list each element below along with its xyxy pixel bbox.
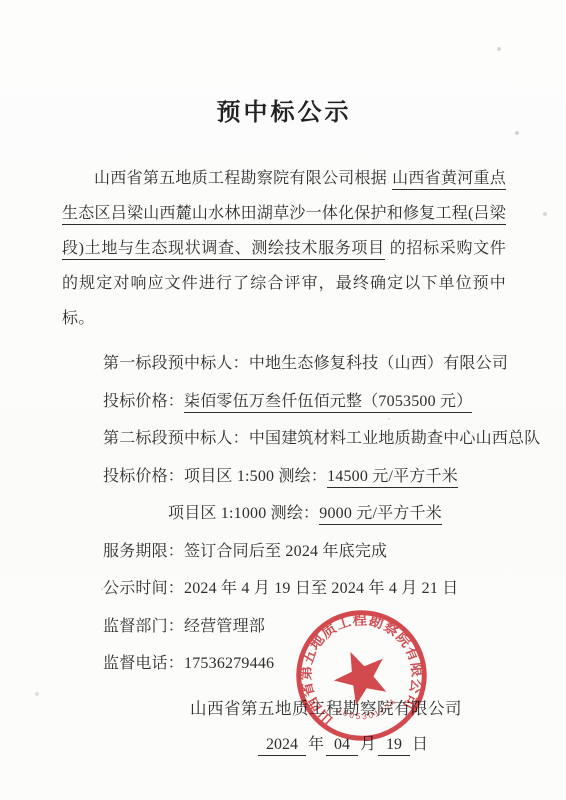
field-value: 签订合同后至 2024 年底完成 <box>184 543 387 560</box>
signature-year: 2024 <box>258 736 306 756</box>
field-value: 中地生态修复科技（山西）有限公司 <box>249 355 508 372</box>
field-value: 17536279446 <box>184 655 274 672</box>
field-label: 公示时间： <box>103 580 184 597</box>
detail-line-section2-price-500: 投标价格：项目区 1:500 测绘：14500 元/平方千米 <box>103 458 506 496</box>
signature-day-unit: 日 <box>412 736 428 753</box>
field-label: 监督部门： <box>103 618 184 635</box>
detail-line-section2-price-1000: 项目区 1:1000 测绘：9000 元/平方千米 <box>168 495 506 533</box>
field-label: 第二标段预中标人： <box>103 430 249 447</box>
page-title: 预中标公示 <box>62 96 506 130</box>
field-label: 投标价格： <box>103 393 184 410</box>
detail-line-section1-winner: 第一标段预中标人：中地生态修复科技（山西）有限公司 <box>103 345 506 383</box>
field-label: 监督电话： <box>103 655 184 672</box>
signature-date: 2024年04月19日 <box>62 733 506 757</box>
detail-line-section2-winner: 第二标段预中标人：中国建筑材料工业地质勘查中心山西总队 <box>103 420 506 458</box>
detail-line-section1-price: 投标价格：柒佰零伍万叁仟伍佰元整（7053500 元） <box>103 383 506 421</box>
field-value-underlined: 柒佰零伍万叁仟伍佰元整（7053500 元） <box>184 393 472 413</box>
intro-lead-text: 山西省第五地质工程勘察院有限公司根据 <box>94 170 387 187</box>
field-value-underlined: 9000 元/平方千米 <box>319 505 442 525</box>
seal-serial-number: 1005301724 <box>334 695 401 727</box>
svg-text:1005301724: 1005301724 <box>334 695 401 727</box>
official-seal: 山西省第五地质工程勘察院有限公司 1005301724 <box>280 594 443 757</box>
field-value: 项目区 1:1000 测绘： <box>168 505 319 522</box>
field-value: 经营管理部 <box>184 618 265 635</box>
field-value-underlined: 14500 元/平方千米 <box>327 468 458 488</box>
intro-paragraph: 山西省第五地质工程勘察院有限公司根据山西省黄河重点生态区吕梁山西麓山水林田湖草沙… <box>62 161 506 336</box>
detail-line-service-term: 服务期限：签订合同后至 2024 年底完成 <box>103 533 506 571</box>
field-label: 第一标段预中标人： <box>103 355 249 372</box>
seal-star-icon <box>326 641 396 709</box>
scan-noise-specks <box>0 0 2 2</box>
field-value: 项目区 1:500 测绘： <box>184 468 327 485</box>
field-label: 服务期限： <box>103 543 184 560</box>
field-value: 中国建筑材料工业地质勘查中心山西总队 <box>249 430 541 447</box>
scanned-document-page: 预中标公示 山西省第五地质工程勘察院有限公司根据山西省黄河重点生态区吕梁山西麓山… <box>0 0 566 800</box>
field-label: 投标价格： <box>103 468 184 485</box>
detail-line-publicity-period: 公示时间：2024 年 4 月 19 日至 2024 年 4 月 21 日 <box>103 570 506 608</box>
